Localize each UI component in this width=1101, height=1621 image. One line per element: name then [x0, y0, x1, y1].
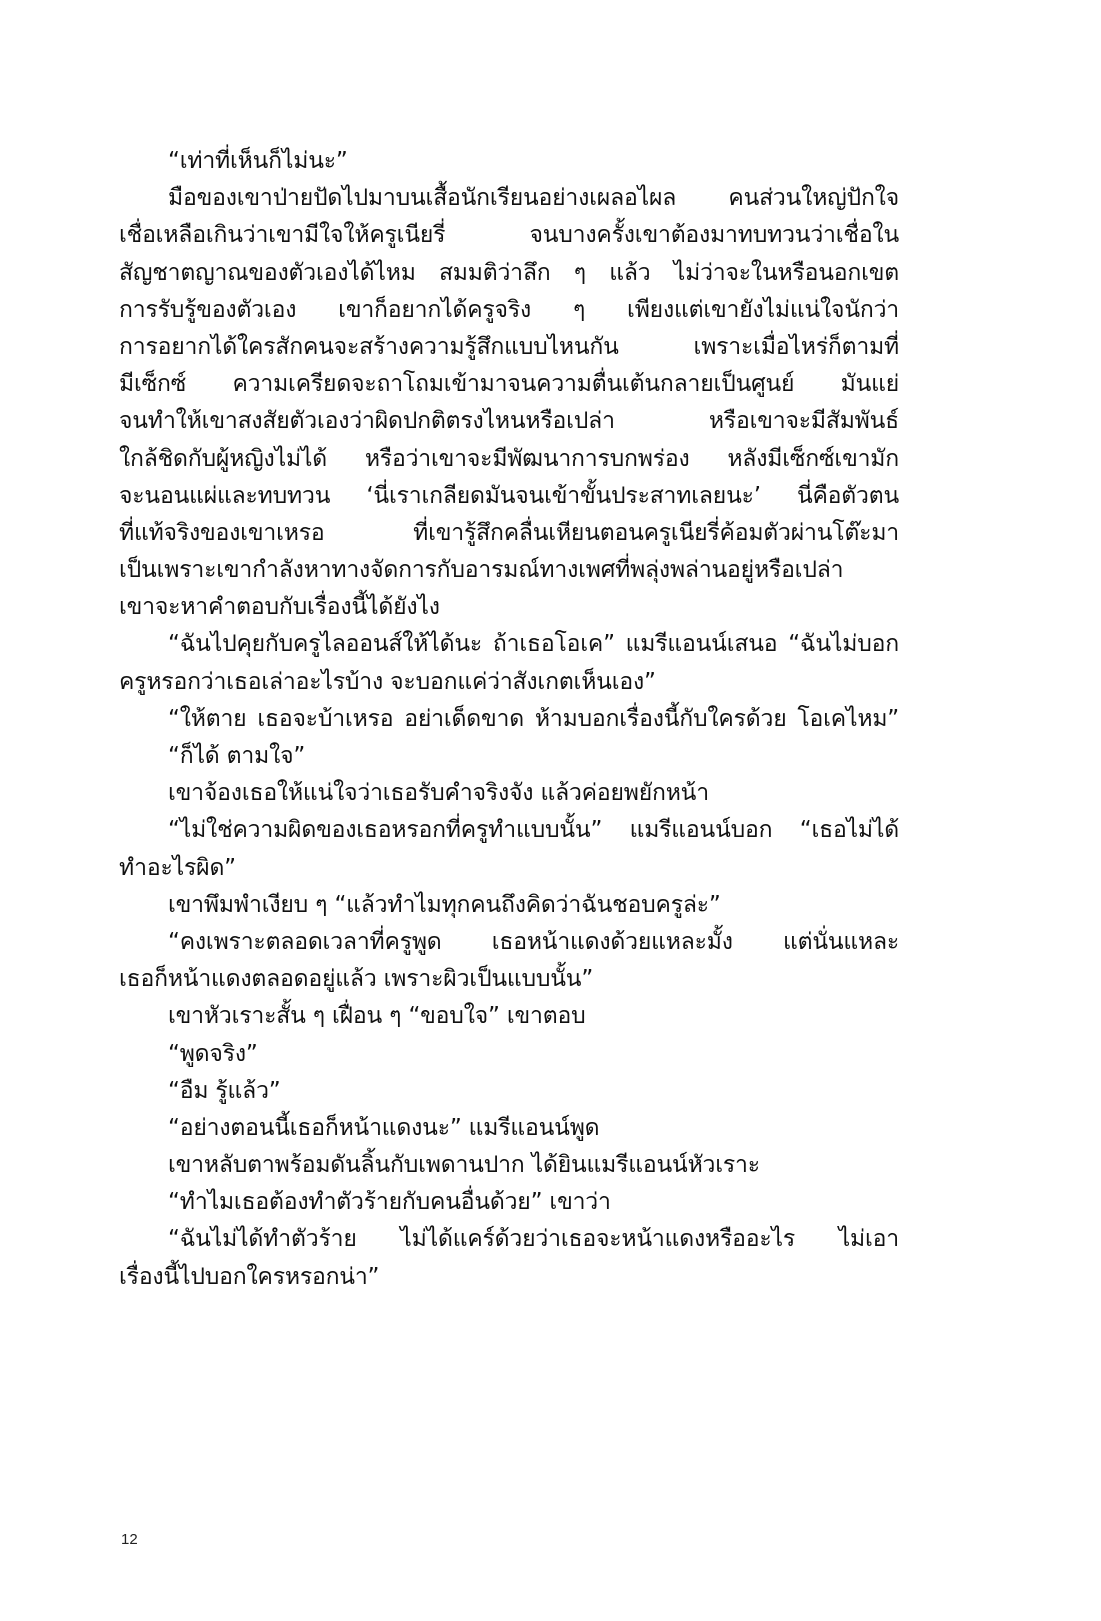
text-line: เรื่องนี้ไปบอกใครหรอกน่า” [119, 1259, 899, 1296]
text-line: เขาจ้องเธอให้แน่ใจว่าเธอรับคำจริงจัง แล้… [119, 775, 899, 812]
text-line: “คงเพราะตลอดเวลาที่ครูพูด เธอหน้าแดงด้วย… [119, 924, 899, 961]
text-line: เขาพึมพำเงียบ ๆ “แล้วทำไมทุกคนถึงคิดว่าฉ… [119, 887, 899, 924]
page-number: 12 [121, 1531, 138, 1548]
text-line: เชื่อเหลือเกินว่าเขามีใจให้ครูเนียรี่ จน… [119, 217, 899, 254]
text-line: จนทำให้เขาสงสัยตัวเองว่าผิดปกติตรงไหนหรื… [119, 403, 899, 440]
text-line: มีเซ็กซ์ ความเครียดจะถาโถมเข้ามาจนความตื… [119, 366, 899, 403]
text-line: ที่แท้จริงของเขาเหรอ ที่เขารู้สึกคลื่นเห… [119, 515, 899, 552]
text-line: มือของเขาป่ายปัดไปมาบนเสื้อนักเรียนอย่าง… [119, 180, 899, 217]
text-line: “เท่าที่เห็นก็ไม่นะ” [119, 143, 899, 180]
text-line: จะนอนแผ่และทบทวน ‘นี่เราเกลียดมันจนเข้าข… [119, 478, 899, 515]
text-line: สัญชาตญาณของตัวเองได้ไหม สมมติว่าลึก ๆ แ… [119, 255, 899, 292]
text-line: เขาหัวเราะสั้น ๆ เฝื่อน ๆ “ขอบใจ” เขาตอบ [119, 998, 899, 1035]
text-line: การรับรู้ของตัวเอง เขาก็อยากได้ครูจริง ๆ… [119, 292, 899, 329]
book-page: “เท่าที่เห็นก็ไม่นะ” มือของเขาป่ายปัดไปม… [0, 0, 1101, 1621]
text-line: เขาจะหาคำตอบกับเรื่องนี้ได้ยังไง [119, 589, 899, 626]
text-line: “พูดจริง” [119, 1036, 899, 1073]
text-line: ครูหรอกว่าเธอเล่าอะไรบ้าง จะบอกแค่ว่าสัง… [119, 664, 899, 701]
text-line: เธอก็หน้าแดงตลอดอยู่แล้ว เพราะผิวเป็นแบบ… [119, 961, 899, 998]
body-text: “เท่าที่เห็นก็ไม่นะ” มือของเขาป่ายปัดไปม… [119, 143, 899, 1296]
text-line: “ก็ได้ ตามใจ” [119, 738, 899, 775]
text-line: “ทำไมเธอต้องทำตัวร้ายกับคนอื่นด้วย” เขาว… [119, 1184, 899, 1221]
text-line: “ฉันไปคุยกับครูไลออนส์ให้ได้นะ ถ้าเธอโอเ… [119, 626, 899, 663]
text-line: “อย่างตอนนี้เธอก็หน้าแดงนะ” แมรีแอนน์พูด [119, 1110, 899, 1147]
text-line: “อืม รู้แล้ว” [119, 1073, 899, 1110]
text-line: ทำอะไรผิด” [119, 850, 899, 887]
text-line: เขาหลับตาพร้อมดันลิ้นกับเพดานปาก ได้ยินแ… [119, 1147, 899, 1184]
text-line: ใกล้ชิดกับผู้หญิงไม่ได้ หรือว่าเขาจะมีพั… [119, 441, 899, 478]
text-line: การอยากได้ใครสักคนจะสร้างความรู้สึกแบบไห… [119, 329, 899, 366]
text-line: “ฉันไม่ได้ทำตัวร้าย ไม่ได้แคร์ด้วยว่าเธอ… [119, 1221, 899, 1258]
text-line: เป็นเพราะเขากำลังหาทางจัดการกับอารมณ์ทาง… [119, 552, 899, 589]
text-line: “ให้ตาย เธอจะบ้าเหรอ อย่าเด็ดขาด ห้ามบอก… [119, 701, 899, 738]
text-line: “ไม่ใช่ความผิดของเธอหรอกที่ครูทำแบบนั้น”… [119, 812, 899, 849]
